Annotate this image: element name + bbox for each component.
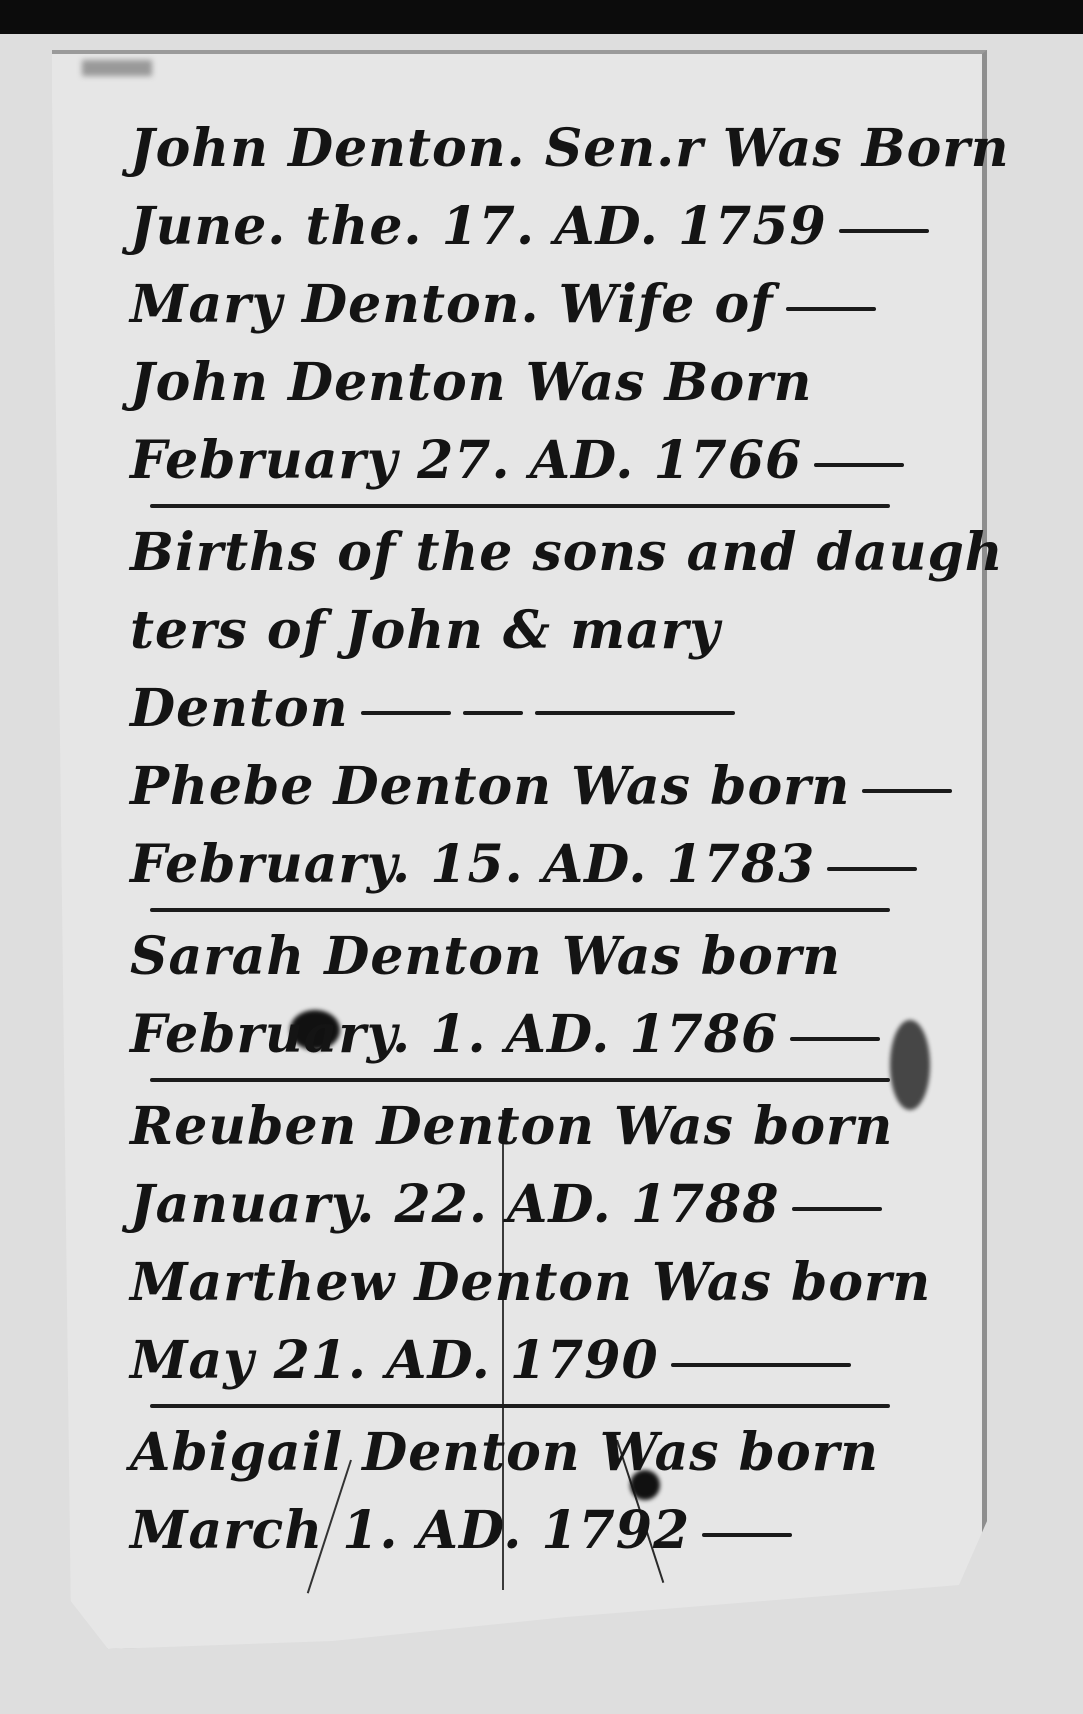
text: Phebe Denton Was born	[130, 756, 850, 817]
text: February. 15. AD. 1783	[130, 834, 815, 895]
entry-line: Marthew Denton Was born	[130, 1244, 930, 1322]
entry-line: Abigail Denton Was born	[130, 1414, 930, 1492]
text: Denton	[130, 678, 349, 739]
separator-rule	[150, 908, 890, 912]
section-heading-line: ters of John & mary	[130, 592, 930, 670]
text: Marthew Denton Was born	[130, 1252, 931, 1313]
section-heading-line: Denton	[130, 670, 930, 748]
text: ters of John & mary	[130, 600, 720, 661]
text: March 1. AD. 1792	[130, 1500, 690, 1561]
dash	[786, 307, 876, 311]
entry-line: Reuben Denton Was born	[130, 1088, 930, 1166]
dash	[463, 711, 523, 715]
dash	[814, 463, 904, 467]
entry-line: June. the. 17. AD. 1759	[130, 188, 930, 266]
scanner-top-band	[0, 0, 1083, 34]
entry-line: February. 1. AD. 1786	[130, 996, 930, 1074]
text: Sarah Denton Was born	[130, 926, 841, 987]
text: Reuben Denton Was born	[130, 1096, 893, 1157]
entry-line: February 27. AD. 1766	[130, 422, 930, 500]
dash	[671, 1363, 851, 1367]
text: Births of the sons and daugh	[130, 522, 1004, 583]
entry-line: May 21. AD. 1790	[130, 1322, 930, 1400]
text: John Denton. Sen.r Was Born	[130, 118, 1010, 179]
entry-line: Phebe Denton Was born	[130, 748, 930, 826]
entry-line: Sarah Denton Was born	[130, 918, 930, 996]
entry-line: February. 15. AD. 1783	[130, 826, 930, 904]
dash	[827, 867, 917, 871]
separator-rule	[150, 1078, 890, 1082]
dash	[790, 1037, 880, 1041]
dash	[839, 229, 929, 233]
dash	[361, 711, 451, 715]
dash	[862, 789, 952, 793]
section-heading-line: Births of the sons and daugh	[130, 514, 930, 592]
entry-line: Mary Denton. Wife of	[130, 266, 930, 344]
text: Mary Denton. Wife of	[130, 274, 774, 335]
text: February 27. AD. 1766	[130, 430, 802, 491]
separator-rule	[150, 1404, 890, 1408]
entry-line: March 1. AD. 1792	[130, 1492, 930, 1570]
text: February. 1. AD. 1786	[130, 1004, 778, 1065]
dash	[702, 1533, 792, 1537]
entry-line: John Denton. Sen.r Was Born	[130, 110, 930, 188]
text: John Denton Was Born	[130, 352, 812, 413]
handwritten-register: John Denton. Sen.r Was Born June. the. 1…	[130, 110, 930, 1570]
entry-line: John Denton Was Born	[130, 344, 930, 422]
entry-line: January. 22. AD. 1788	[130, 1166, 930, 1244]
stain	[82, 60, 152, 76]
text: Abigail Denton Was born	[130, 1422, 879, 1483]
text: May 21. AD. 1790	[130, 1330, 659, 1391]
dash	[792, 1207, 882, 1211]
separator-rule	[150, 504, 890, 508]
text: June. the. 17. AD. 1759	[130, 196, 827, 257]
dash	[535, 711, 735, 715]
text: January. 22. AD. 1788	[130, 1174, 780, 1235]
